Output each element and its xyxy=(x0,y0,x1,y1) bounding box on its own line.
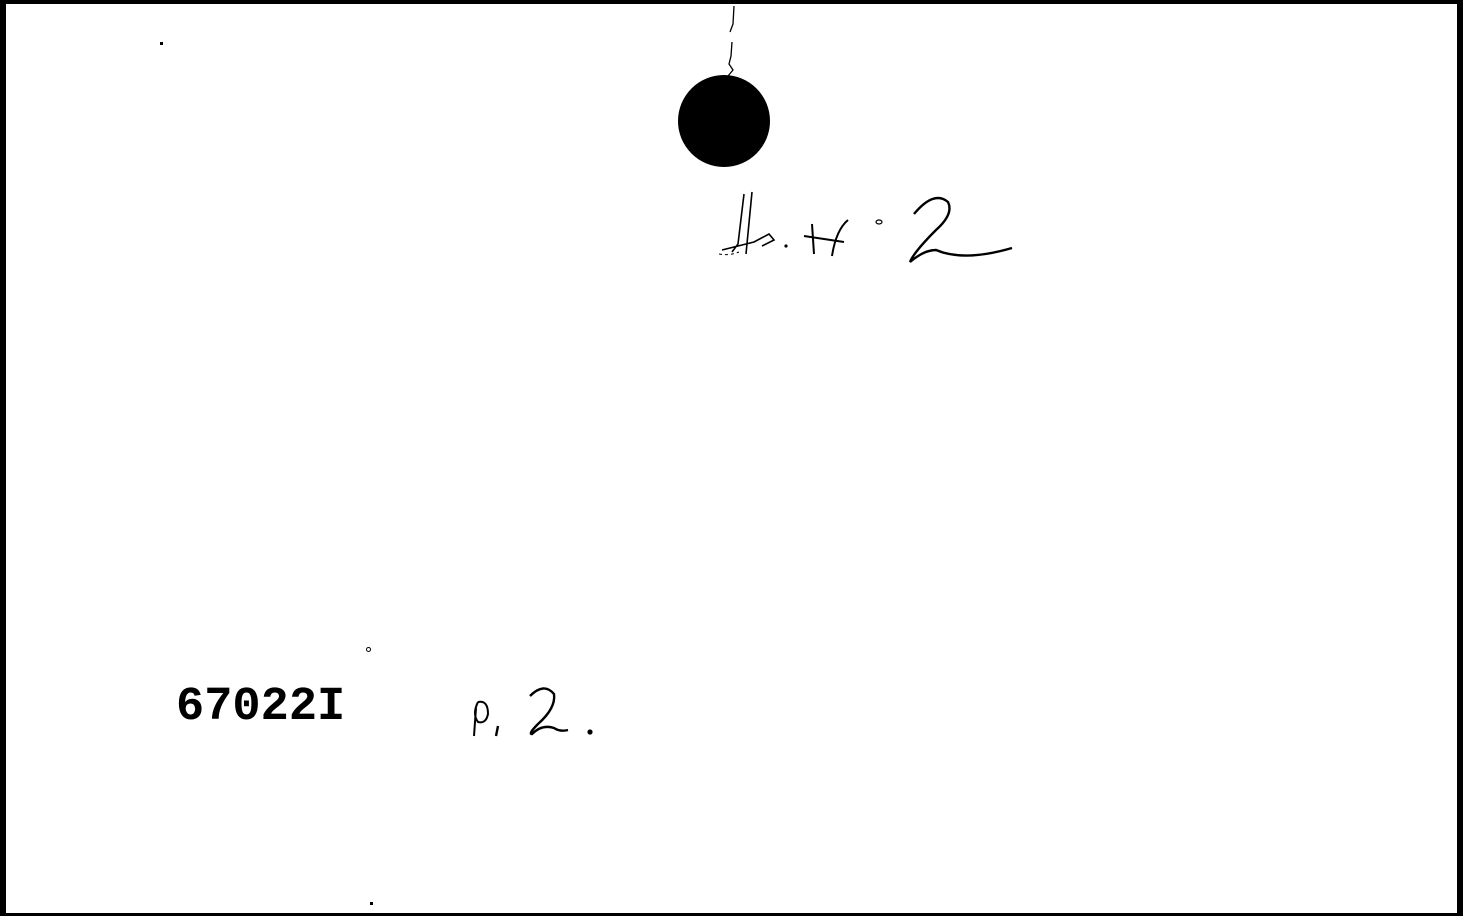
handwritten-heading xyxy=(714,184,1024,269)
index-card: Han H·2 67022I p. 2. xyxy=(6,4,1457,913)
handwritten-heading-text: Han H·2 xyxy=(6,4,7,5)
punch-hole-icon xyxy=(678,75,770,167)
thread-mark-icon xyxy=(722,4,738,78)
catalog-number: 67022I xyxy=(176,684,345,731)
speck-mark xyxy=(370,902,373,905)
handwritten-page-note xyxy=(468,684,603,744)
small-ring-mark-icon xyxy=(366,647,371,652)
handwritten-page-note-text: p. 2. xyxy=(6,4,7,5)
speck-mark xyxy=(160,42,163,45)
